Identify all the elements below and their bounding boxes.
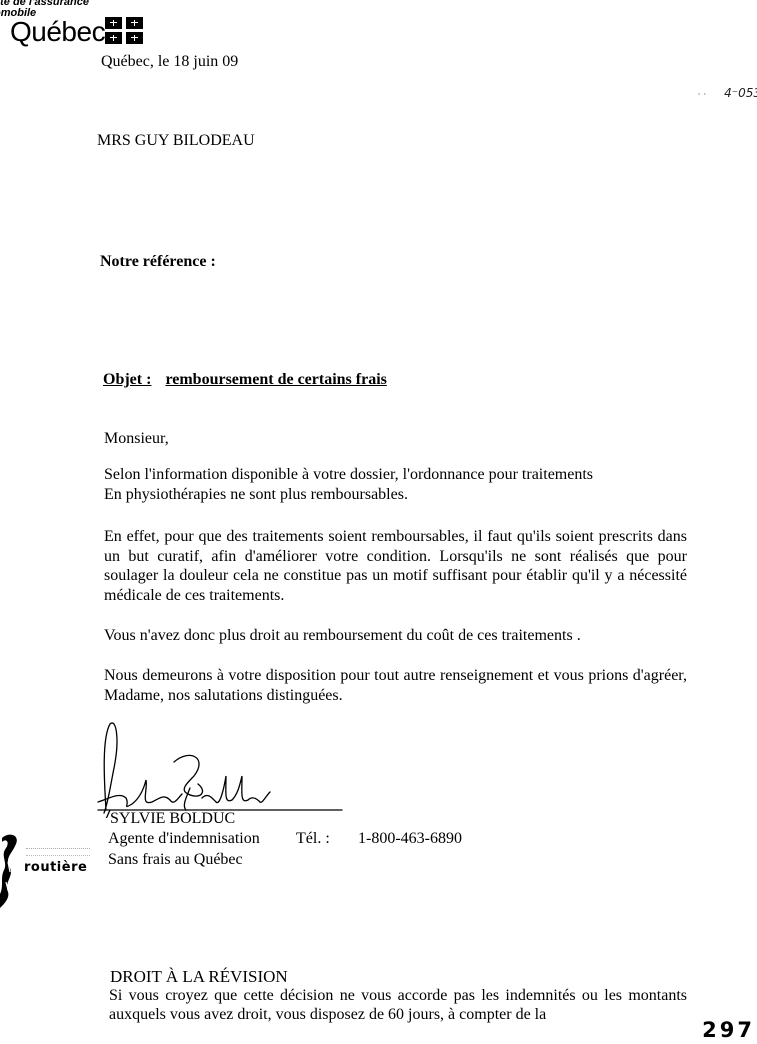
paragraph-3: Vous n'avez donc plus droit au rembourse… [104,626,686,646]
road-logo-icon [0,832,26,908]
subject-label: Objet : [103,371,151,388]
letter-date: Québec, le 18 juin 09 [101,52,238,72]
paragraph-2: En effet, pour que des traitements soien… [104,527,687,605]
handwritten-signature [90,718,350,818]
routiere-logo-text: routière [24,860,87,875]
subject-text: remboursement de certains frais [165,371,386,388]
signatory-name: SYLVIE BOLDUC [110,809,235,829]
toll-free-note: Sans frais au Québec [108,850,243,870]
signatory-contact-row: Agente d'indemnisation Tél. : 1-800-463-… [108,829,260,849]
signatory-title: Agente d'indemnisation [108,830,260,847]
reference-label: Notre référence : [100,252,216,272]
phone-number: 1-800-463-6890 [358,829,462,849]
paragraph-1: Selon l'information disponible à votre d… [104,465,686,504]
revision-body: Si vous croyez que cette décision ne vou… [109,986,687,1024]
annotation-dots: · · [698,90,707,100]
greeting: Monsieur, [104,429,169,449]
subject-line: Objet :remboursement de certains frais [103,370,387,390]
recipient-name: MRS GUY BILODEAU [97,131,255,151]
phone-label: Tél. : [296,829,330,849]
revision-heading: DROIT À LA RÉVISION [110,967,288,987]
fleur-de-lis-flag-icon [105,17,143,45]
page-stamp-number: 297 [702,1018,755,1042]
handwritten-annotation: · ·4⁻053 [698,86,757,100]
paragraph-4: Nous demeurons à votre disposition pour … [104,666,687,705]
annotation-text: 4⁻053 [724,86,757,100]
logo-faint-text [26,848,90,856]
quebec-wordmark: Québec [10,16,105,48]
